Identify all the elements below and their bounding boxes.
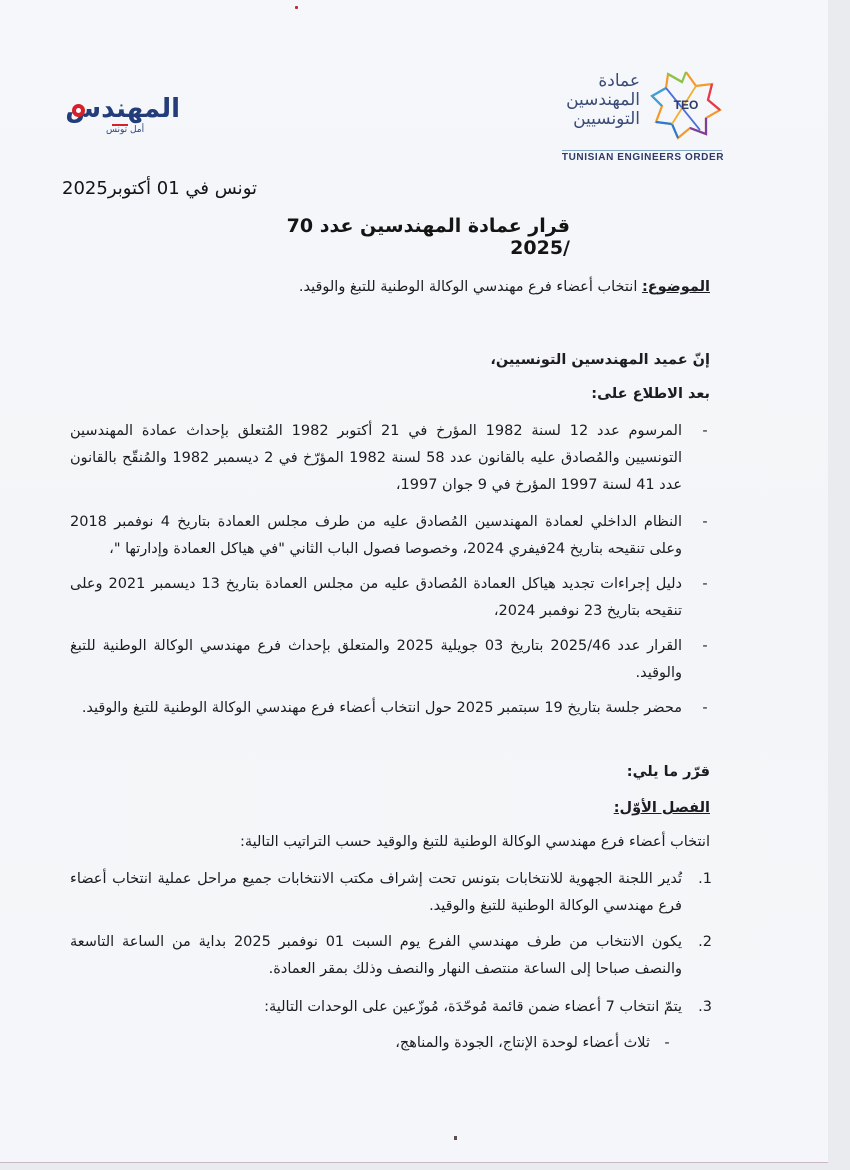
reference-item: - محضر جلسة بتاريخ 19 سبتمبر 2025 حول ان… (70, 695, 716, 722)
reference-item: - دليل إجراءات تجديد هياكل العمادة المُص… (70, 571, 716, 625)
article-text: تُدير اللجنة الجهوية للانتخابات بتونس تح… (70, 866, 682, 920)
chapter-intro: انتخاب أعضاء فرع مهندسي الوكالة الوطنية … (70, 828, 710, 856)
article-text: يكون الانتخاب من طرف مهندسي الفرع يوم ال… (70, 929, 682, 983)
reference-item: - المرسوم عدد 12 لسنة 1982 المؤرخ في 21 … (70, 418, 716, 499)
scan-speck (454, 1136, 457, 1140)
reference-item: - النظام الداخلي لعمادة المهندسين المُصا… (70, 509, 716, 563)
sub-item: - ثلاث أعضاء لوحدة الإنتاج، الجودة والمن… (178, 1030, 678, 1057)
teo-gear-icon: TEO (650, 68, 722, 140)
subject-text: انتخاب أعضاء فرع مهندسي الوكالة الوطنية … (299, 279, 642, 295)
preamble: إنّ عميد المهندسين التونسيين، (410, 346, 710, 374)
considering-heading: بعد الاطلاع على: (410, 380, 710, 408)
article-item: 2. يكون الانتخاب من طرف مهندسي الفرع يوم… (70, 929, 716, 983)
reference-text: محضر جلسة بتاريخ 19 سبتمبر 2025 حول انتخ… (70, 695, 682, 722)
reference-text: القرار عدد 2025/46 بتاريخ 03 جويلية 2025… (70, 633, 682, 687)
number-marker: 3. (694, 994, 716, 1021)
teo-logo-divider (562, 150, 722, 151)
teo-logo-line: المهندسين (566, 91, 640, 110)
dash-bullet: - (694, 695, 716, 722)
article-text: يتمّ انتخاب 7 أعضاء ضمن قائمة مُوحّدَة، … (70, 994, 682, 1021)
reference-item: - القرار عدد 2025/46 بتاريخ 03 جويلية 20… (70, 633, 716, 687)
reference-text: المرسوم عدد 12 لسنة 1982 المؤرخ في 21 أك… (70, 418, 682, 499)
scan-speck (295, 6, 298, 9)
subject-label: الموضوع: (642, 279, 710, 295)
subject-line: الموضوع: انتخاب أعضاء فرع مهندسي الوكالة… (250, 273, 710, 301)
teo-logo-line: التونسيين (566, 110, 640, 129)
teo-logo-line: عمادة (566, 72, 640, 91)
svg-text:TEO: TEO (674, 98, 699, 112)
decided-heading: قرّر ما يلي: (410, 758, 710, 786)
chapter-one-heading: الفصل الأوّل: (410, 794, 710, 822)
sub-item-text: ثلاث أعضاء لوحدة الإنتاج، الجودة والمناه… (178, 1030, 650, 1057)
document-title: قرار عمادة المهندسين عدد 70 /2025 (240, 215, 570, 259)
dash-bullet: - (694, 571, 716, 598)
muhandis-logo: المهندس أمل تونس (66, 94, 186, 140)
teo-logo: عمادة المهندسين التونسيين TEO TUNISIAN E… (558, 68, 728, 168)
teo-logo-english: TUNISIAN ENGINEERS ORDER (558, 152, 728, 163)
dash-bullet: - (656, 1030, 678, 1057)
teo-logo-arabic: عمادة المهندسين التونسيين (566, 72, 640, 129)
tunisia-flag-icon (72, 104, 85, 117)
document-date: تونس في 01 أكتوبر2025 (62, 178, 262, 199)
dash-bullet: - (694, 509, 716, 536)
article-item: 1. تُدير اللجنة الجهوية للانتخابات بتونس… (70, 866, 716, 920)
dash-bullet: - (694, 633, 716, 660)
muhandis-logo-tagline: أمل تونس (106, 125, 144, 135)
reference-text: النظام الداخلي لعمادة المهندسين المُصادق… (70, 509, 682, 563)
reference-text: دليل إجراءات تجديد هياكل العمادة المُصاد… (70, 571, 682, 625)
number-marker: 1. (694, 866, 716, 893)
dash-bullet: - (694, 418, 716, 445)
scanned-page: عمادة المهندسين التونسيين TEO TUNISIAN E… (0, 0, 828, 1163)
number-marker: 2. (694, 929, 716, 956)
article-item: 3. يتمّ انتخاب 7 أعضاء ضمن قائمة مُوحّدَ… (70, 994, 716, 1021)
